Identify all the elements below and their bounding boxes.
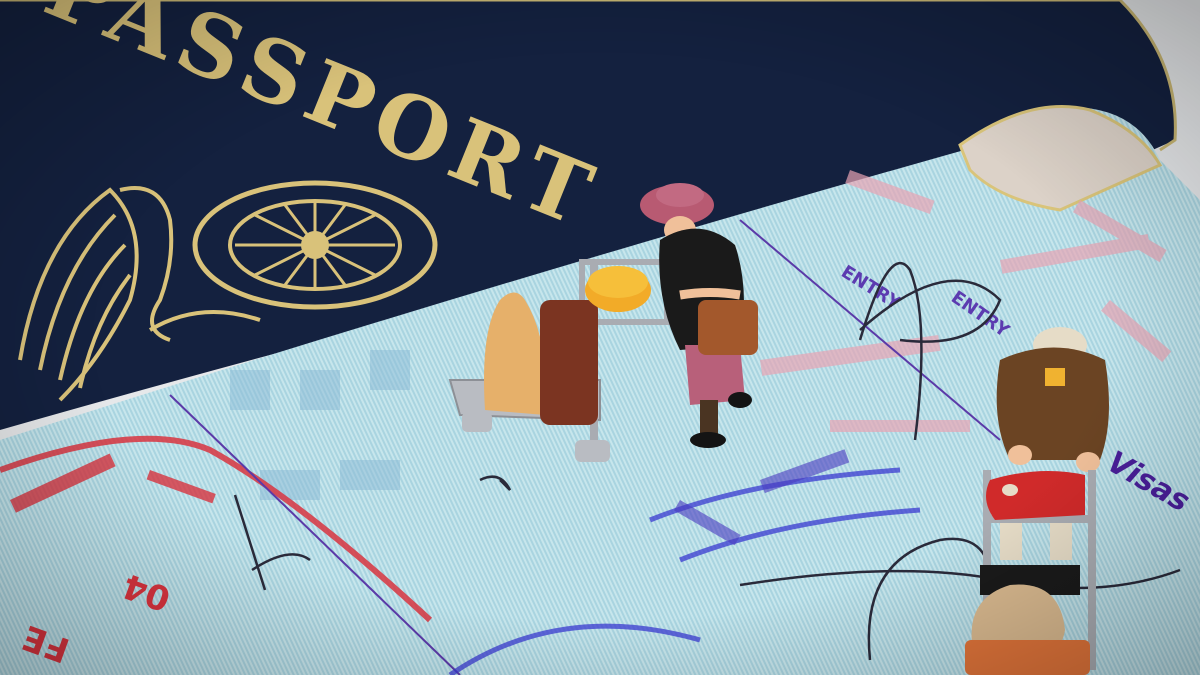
photo-scene: PASSPORT: [0, 0, 1200, 675]
vignette-overlay: [0, 0, 1200, 675]
photo-canvas: PASSPORT: [0, 0, 1200, 675]
